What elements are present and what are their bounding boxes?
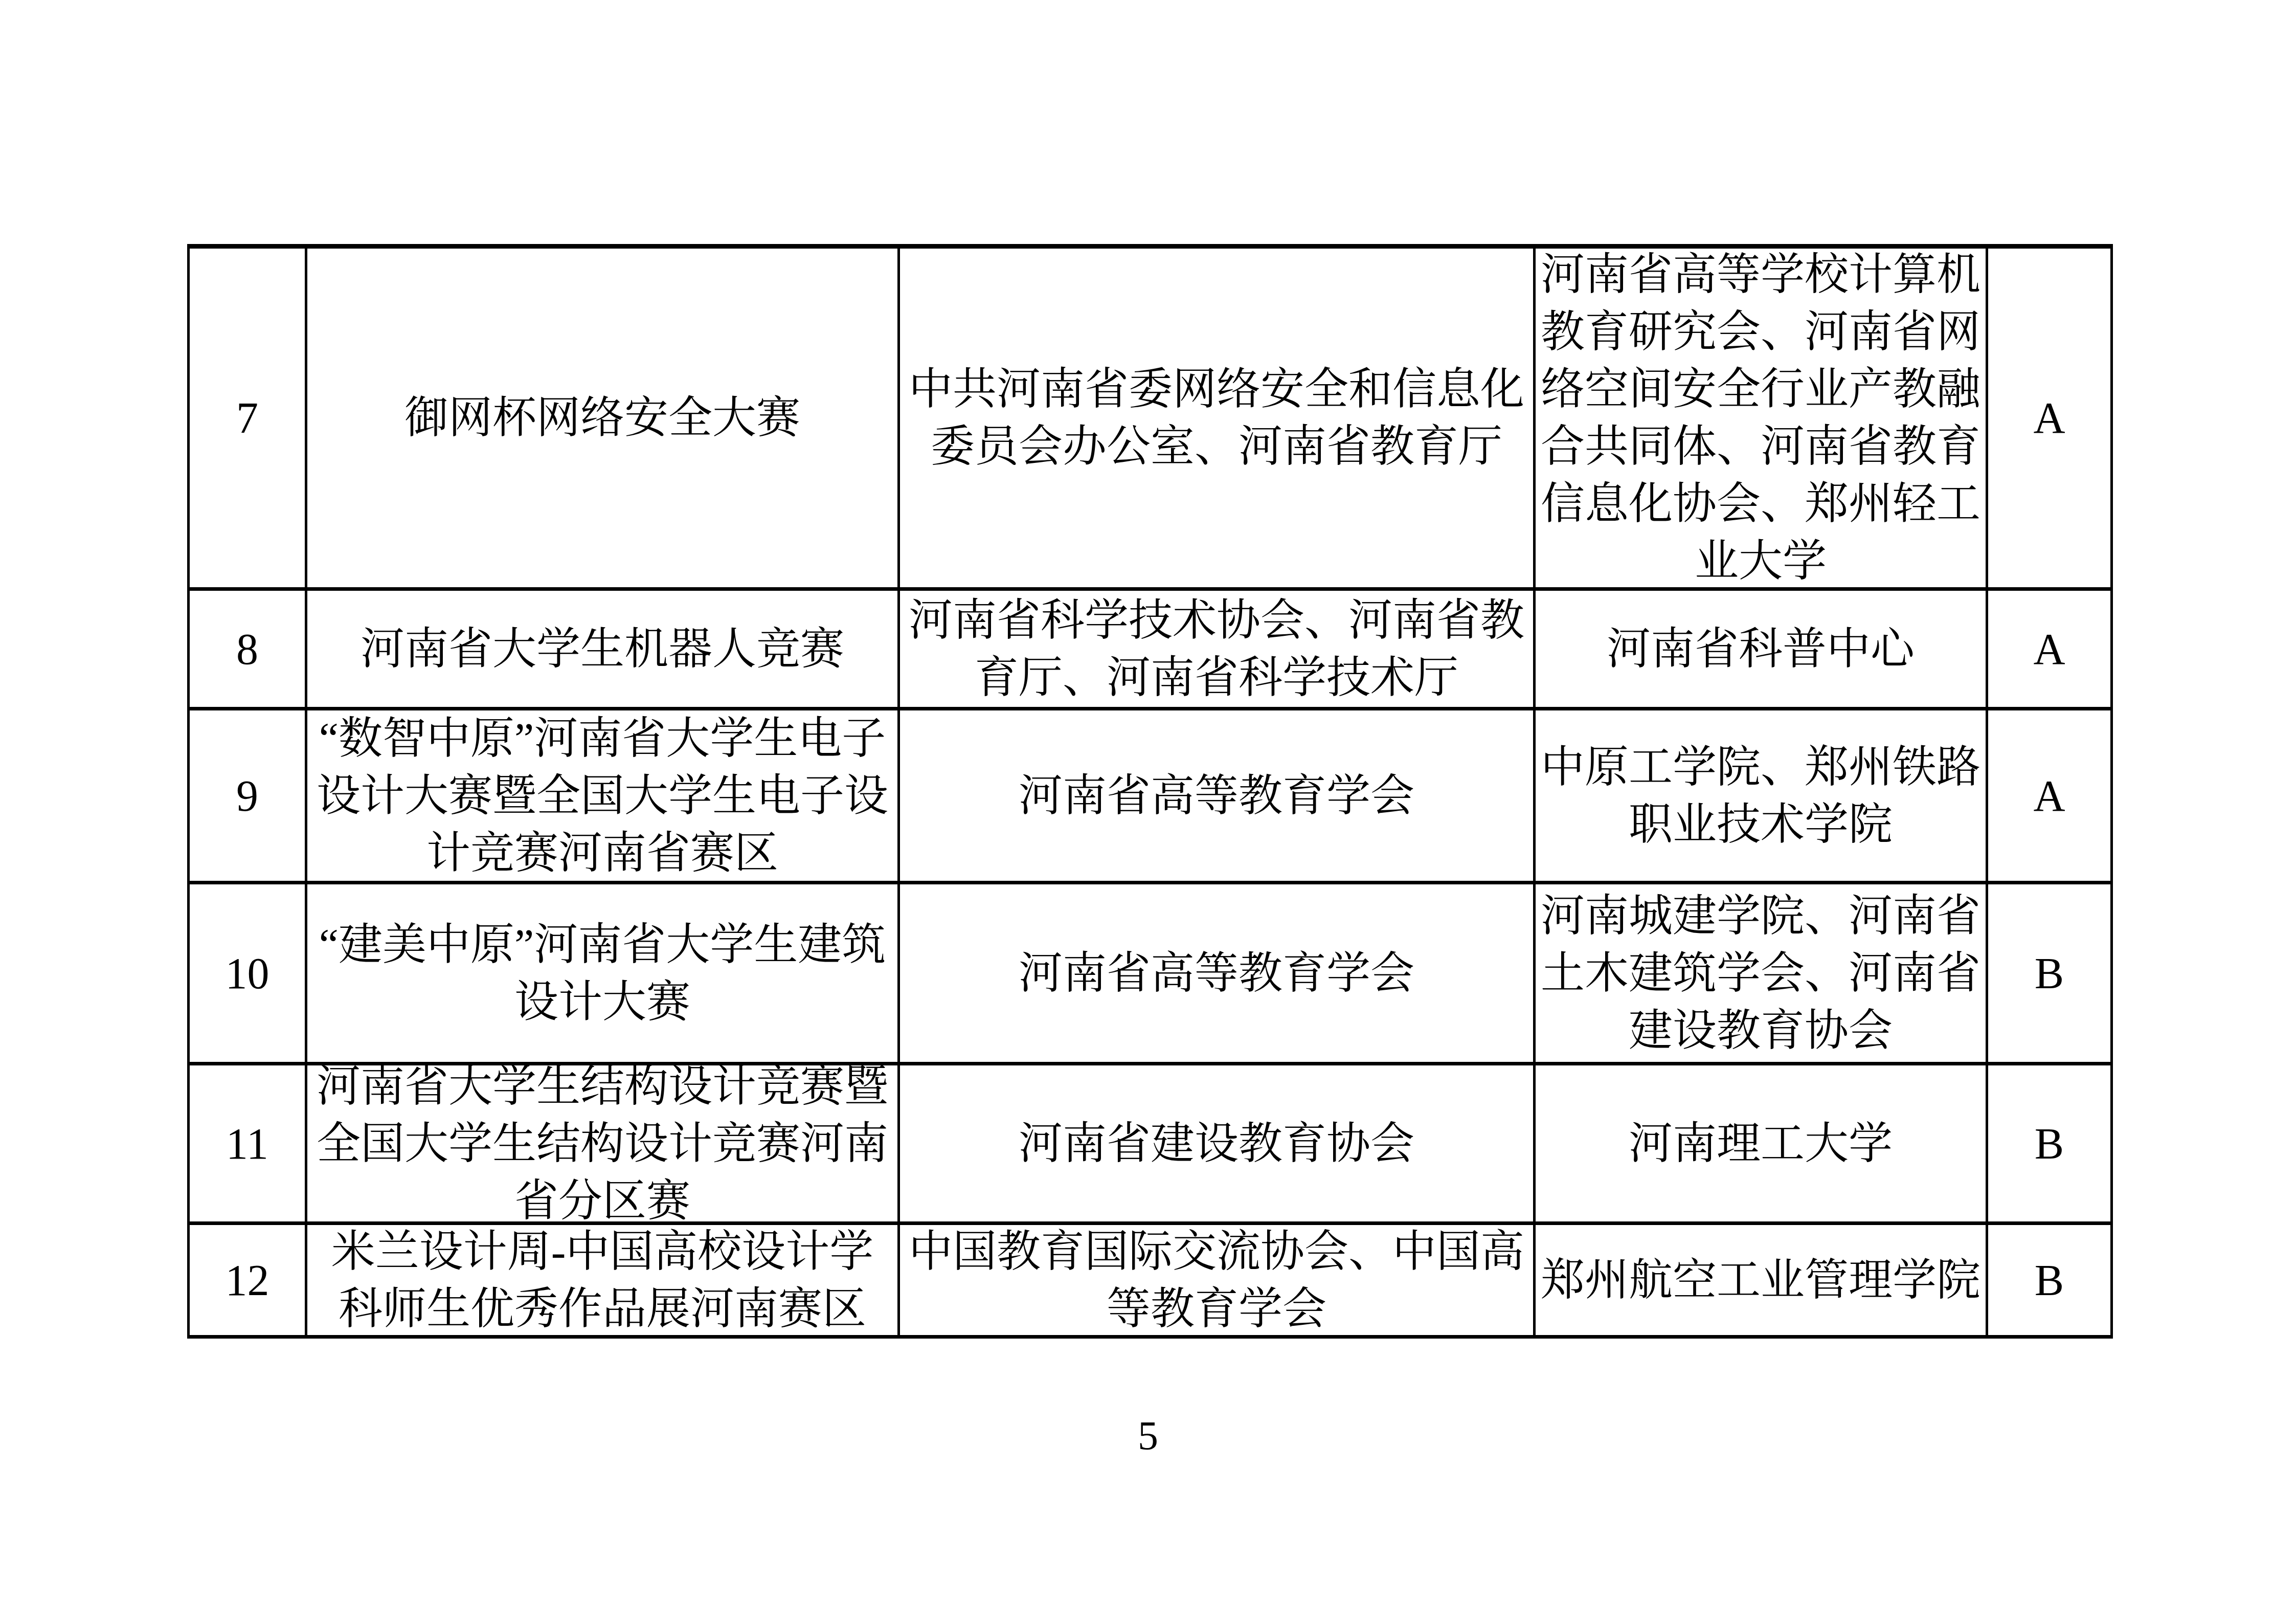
name-cell: 河南省大学生机器人竞赛 bbox=[307, 591, 900, 707]
table-row: 9 “数智中原”河南省大学生电子设计大赛暨全国大学生电子设计竞赛河南省赛区 河南… bbox=[190, 710, 2110, 884]
seq-cell: 10 bbox=[190, 884, 307, 1062]
seq-cell: 9 bbox=[190, 710, 307, 881]
document-page: 7 御网杯网络安全大赛 中共河南省委网络安全和信息化委员会办公室、河南省教育厅 … bbox=[0, 0, 2296, 1624]
table-row: 8 河南省大学生机器人竞赛 河南省科学技术协会、河南省教育厅、河南省科学技术厅 … bbox=[190, 591, 2110, 710]
table-row: 10 “建美中原”河南省大学生建筑设计大赛 河南省高等教育学会 河南城建学院、河… bbox=[190, 884, 2110, 1065]
undertaker-cell: 中原工学院、郑州铁路职业技术学院 bbox=[1536, 710, 1988, 881]
organizer-cell: 河南省建设教育协会 bbox=[900, 1065, 1536, 1221]
grade-cell: A bbox=[1988, 591, 2110, 707]
organizer-cell: 河南省科学技术协会、河南省教育厅、河南省科学技术厅 bbox=[900, 591, 1536, 707]
table-row: 11 河南省大学生结构设计竞赛暨全国大学生结构设计竞赛河南省分区赛 河南省建设教… bbox=[190, 1065, 2110, 1225]
name-cell: 御网杯网络安全大赛 bbox=[307, 249, 900, 587]
organizer-cell: 中共河南省委网络安全和信息化委员会办公室、河南省教育厅 bbox=[900, 249, 1536, 587]
seq-cell: 12 bbox=[190, 1225, 307, 1335]
table-row: 7 御网杯网络安全大赛 中共河南省委网络安全和信息化委员会办公室、河南省教育厅 … bbox=[190, 249, 2110, 591]
grade-cell: B bbox=[1988, 884, 2110, 1062]
name-cell: 米兰设计周-中国高校设计学科师生优秀作品展河南赛区 bbox=[307, 1225, 900, 1335]
grade-cell: A bbox=[1988, 710, 2110, 881]
seq-cell: 11 bbox=[190, 1065, 307, 1221]
grade-cell: A bbox=[1988, 249, 2110, 587]
undertaker-cell: 河南省科普中心 bbox=[1536, 591, 1988, 707]
name-cell: “数智中原”河南省大学生电子设计大赛暨全国大学生电子设计竞赛河南省赛区 bbox=[307, 710, 900, 881]
undertaker-cell: 河南省高等学校计算机教育研究会、河南省网络空间安全行业产教融合共同体、河南省教育… bbox=[1536, 249, 1988, 587]
name-cell: “建美中原”河南省大学生建筑设计大赛 bbox=[307, 884, 900, 1062]
undertaker-cell: 郑州航空工业管理学院 bbox=[1536, 1225, 1988, 1335]
organizer-cell: 河南省高等教育学会 bbox=[900, 884, 1536, 1062]
grade-cell: B bbox=[1988, 1065, 2110, 1221]
grade-cell: B bbox=[1988, 1225, 2110, 1335]
organizer-cell: 河南省高等教育学会 bbox=[900, 710, 1536, 881]
name-cell: 河南省大学生结构设计竞赛暨全国大学生结构设计竞赛河南省分区赛 bbox=[307, 1065, 900, 1221]
undertaker-cell: 河南理工大学 bbox=[1536, 1065, 1988, 1221]
seq-cell: 8 bbox=[190, 591, 307, 707]
organizer-cell: 中国教育国际交流协会、中国高等教育学会 bbox=[900, 1225, 1536, 1335]
seq-cell: 7 bbox=[190, 249, 307, 587]
page-number: 5 bbox=[0, 1413, 2296, 1460]
table-row: 12 米兰设计周-中国高校设计学科师生优秀作品展河南赛区 中国教育国际交流协会、… bbox=[190, 1225, 2110, 1335]
undertaker-cell: 河南城建学院、河南省土木建筑学会、河南省建设教育协会 bbox=[1536, 884, 1988, 1062]
competitions-table: 7 御网杯网络安全大赛 中共河南省委网络安全和信息化委员会办公室、河南省教育厅 … bbox=[187, 244, 2113, 1339]
